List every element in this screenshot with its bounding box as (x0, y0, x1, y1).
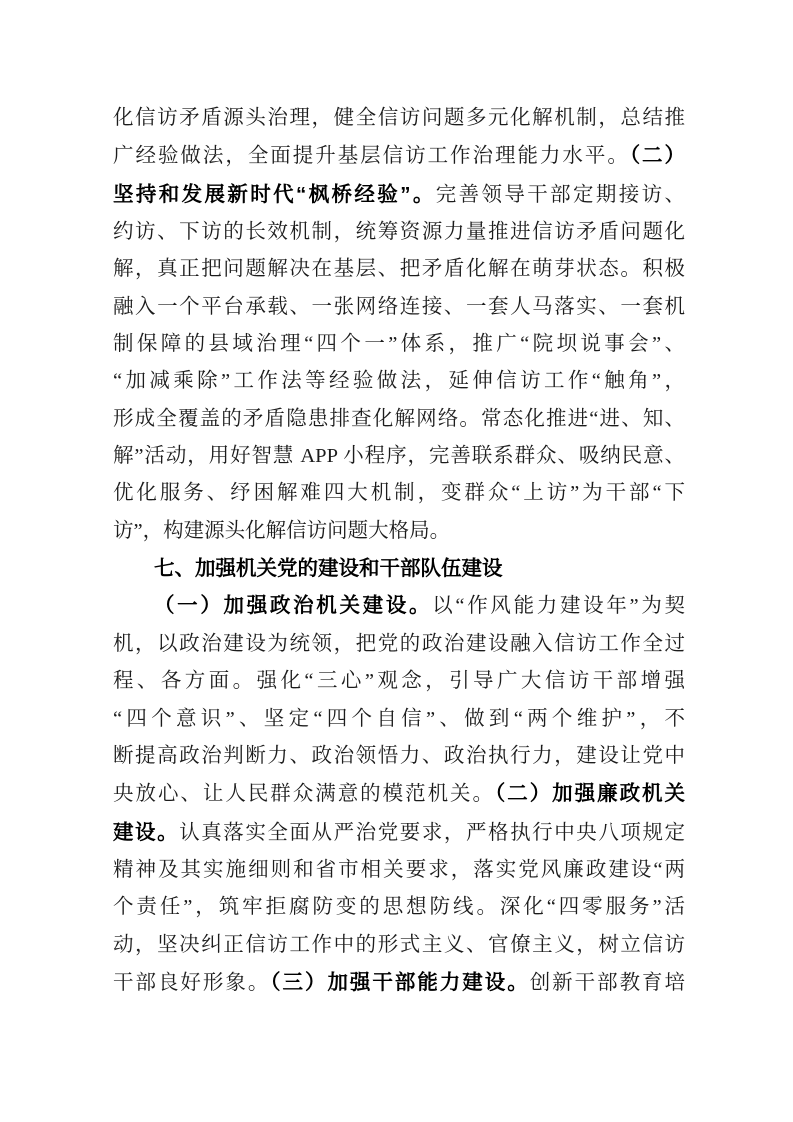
text-run: “四个意识”、坚定“四个自信”、做到“两个维护”，不 (113, 708, 685, 730)
text-run: 形成全覆盖的矛盾隐患排查化解网络。常态化推进“进、知、 (113, 408, 685, 430)
body-line: 优化服务、纾困解难四大机制，变群众“上访”为干部“下 (113, 475, 685, 512)
text-run: 约访、下访的长效机制，统筹资源力量推进信访矛盾问题化 (113, 221, 685, 243)
document-page: 化信访矛盾源头治理，健全信访问题多元化解机制，总结推 广经验做法，全面提升基层信… (0, 0, 793, 1122)
text-run: 个责任”，筑牢拒腐防变的思想防线。深化“四零服务”活 (113, 896, 685, 918)
body-line: 制保障的县域治理“四个一”体系，推广“院坝说事会”、 (113, 326, 685, 363)
body-line: “四个意识”、坚定“四个自信”、做到“两个维护”，不 (113, 701, 685, 738)
text-run: 广经验做法，全面提升基层信访工作治理能力水平。 (113, 145, 630, 167)
body-line: 动，坚决纠正信访工作中的形式主义、官僚主义，树立信访 (113, 927, 685, 964)
body-line: 化信访矛盾源头治理，健全信访问题多元化解机制，总结推 (113, 100, 685, 137)
text-run: 程、各方面。强化“三心”观念，引导广大信访干部增强 (113, 670, 685, 692)
text-run: 解，真正把问题解决在基层、把矛盾化解在萌芽状态。积极 (113, 258, 685, 280)
body-line: 坚持和发展新时代“枫桥经验”。完善领导干部定期接访、 (113, 176, 685, 214)
bold-subhead-cadre-capability-building: （三）加强干部能力建设。 (270, 971, 529, 994)
body-line: 约访、下访的长效机制，统筹资源力量推进信访矛盾问题化 (113, 214, 685, 251)
text-run: 精神及其实施细则和省市相关要求，落实党风廉政建设“两 (113, 859, 685, 881)
body-line: 程、各方面。强化“三心”观念，引导广大信访干部增强 (113, 663, 685, 700)
body-line: 广经验做法，全面提升基层信访工作治理能力水平。（二） (113, 137, 685, 175)
text-run: 解”活动，用好智慧 APP 小程序，完善联系群众、吸纳民意、 (113, 445, 685, 467)
text-run: 干部良好形象。 (113, 972, 270, 994)
body-line: 干部良好形象。（三）加强干部能力建设。创新干部教育培 (113, 964, 685, 1002)
text-block: 化信访矛盾源头治理，健全信访问题多元化解机制，总结推 广经验做法，全面提升基层信… (113, 100, 685, 1002)
body-line: 个责任”，筑牢拒腐防变的思想防线。深化“四零服务”活 (113, 889, 685, 926)
body-line: 建设。认真落实全面从严治党要求，严格执行中央八项规定 (113, 814, 685, 852)
heading-text: 七、加强机关党的建设和干部队伍建设 (154, 557, 503, 580)
text-run: 访”，构建源头化解信访问题大格局。 (113, 520, 450, 542)
text-run: 创新干部教育培 (530, 972, 685, 994)
text-run: 央放心、让人民群众满意的模范机关。 (113, 783, 495, 805)
body-line: 精神及其实施细则和省市相关要求，落实党风廉政建设“两 (113, 852, 685, 889)
bold-ordinal-two: （二） (630, 144, 685, 167)
text-run: 机，以政治建设为统领，把党的政治建设融入信访工作全过 (113, 633, 685, 655)
section-heading-seven: 七、加强机关党的建设和干部队伍建设 (113, 550, 685, 587)
body-line: 解，真正把问题解决在基层、把矛盾化解在萌芽状态。积极 (113, 251, 685, 288)
body-line: 断提高政治判断力、政治领悟力、政治执行力，建设让党中 (113, 738, 685, 775)
text-run: “加减乘除”工作法等经验做法，延伸信访工作“触角”， (113, 370, 685, 392)
text-run: 化信访矛盾源头治理，健全信访问题多元化解机制，总结推 (113, 107, 685, 129)
body-line: “加减乘除”工作法等经验做法，延伸信访工作“触角”， (113, 363, 685, 400)
text-run: 认真落实全面从严治党要求，严格执行中央八项规定 (179, 822, 685, 844)
text-run: 断提高政治判断力、政治领悟力、政治执行力，建设让党中 (113, 745, 685, 767)
bold-subhead-integrity-organ-building-start: （二）加强廉政机关 (495, 782, 685, 805)
body-line: 形成全覆盖的矛盾隐患排查化解网络。常态化推进“进、知、 (113, 401, 685, 438)
body-line: 央放心、让人民群众满意的模范机关。（二）加强廉政机关 (113, 775, 685, 813)
bold-subhead-political-organ-building: （一）加强政治机关建设。 (154, 594, 432, 617)
text-run: 融入一个平台承载、一张网络连接、一套人马落实、一套机 (113, 296, 685, 318)
body-line: 机，以政治建设为统领，把党的政治建设融入信访工作全过 (113, 626, 685, 663)
bold-subhead-fengqiao-experience: 坚持和发展新时代“枫桥经验”。 (113, 183, 436, 206)
text-run: 优化服务、纾困解难四大机制，变群众“上访”为干部“下 (113, 482, 685, 504)
body-line: 解”活动，用好智慧 APP 小程序，完善联系群众、吸纳民意、 (113, 438, 685, 475)
bold-subhead-integrity-organ-building-end: 建设。 (113, 821, 179, 844)
text-run: 动，坚决纠正信访工作中的形式主义、官僚主义，树立信访 (113, 934, 685, 956)
paragraph-last-line: 访”，构建源头化解信访问题大格局。 (113, 513, 685, 550)
text-run: 制保障的县域治理“四个一”体系，推广“院坝说事会”、 (113, 333, 685, 355)
text-run: 以“作风能力建设年”为契 (432, 595, 685, 617)
text-run: 完善领导干部定期接访、 (436, 184, 685, 206)
body-line: （一）加强政治机关建设。以“作风能力建设年”为契 (113, 587, 685, 625)
body-line: 融入一个平台承载、一张网络连接、一套人马落实、一套机 (113, 289, 685, 326)
